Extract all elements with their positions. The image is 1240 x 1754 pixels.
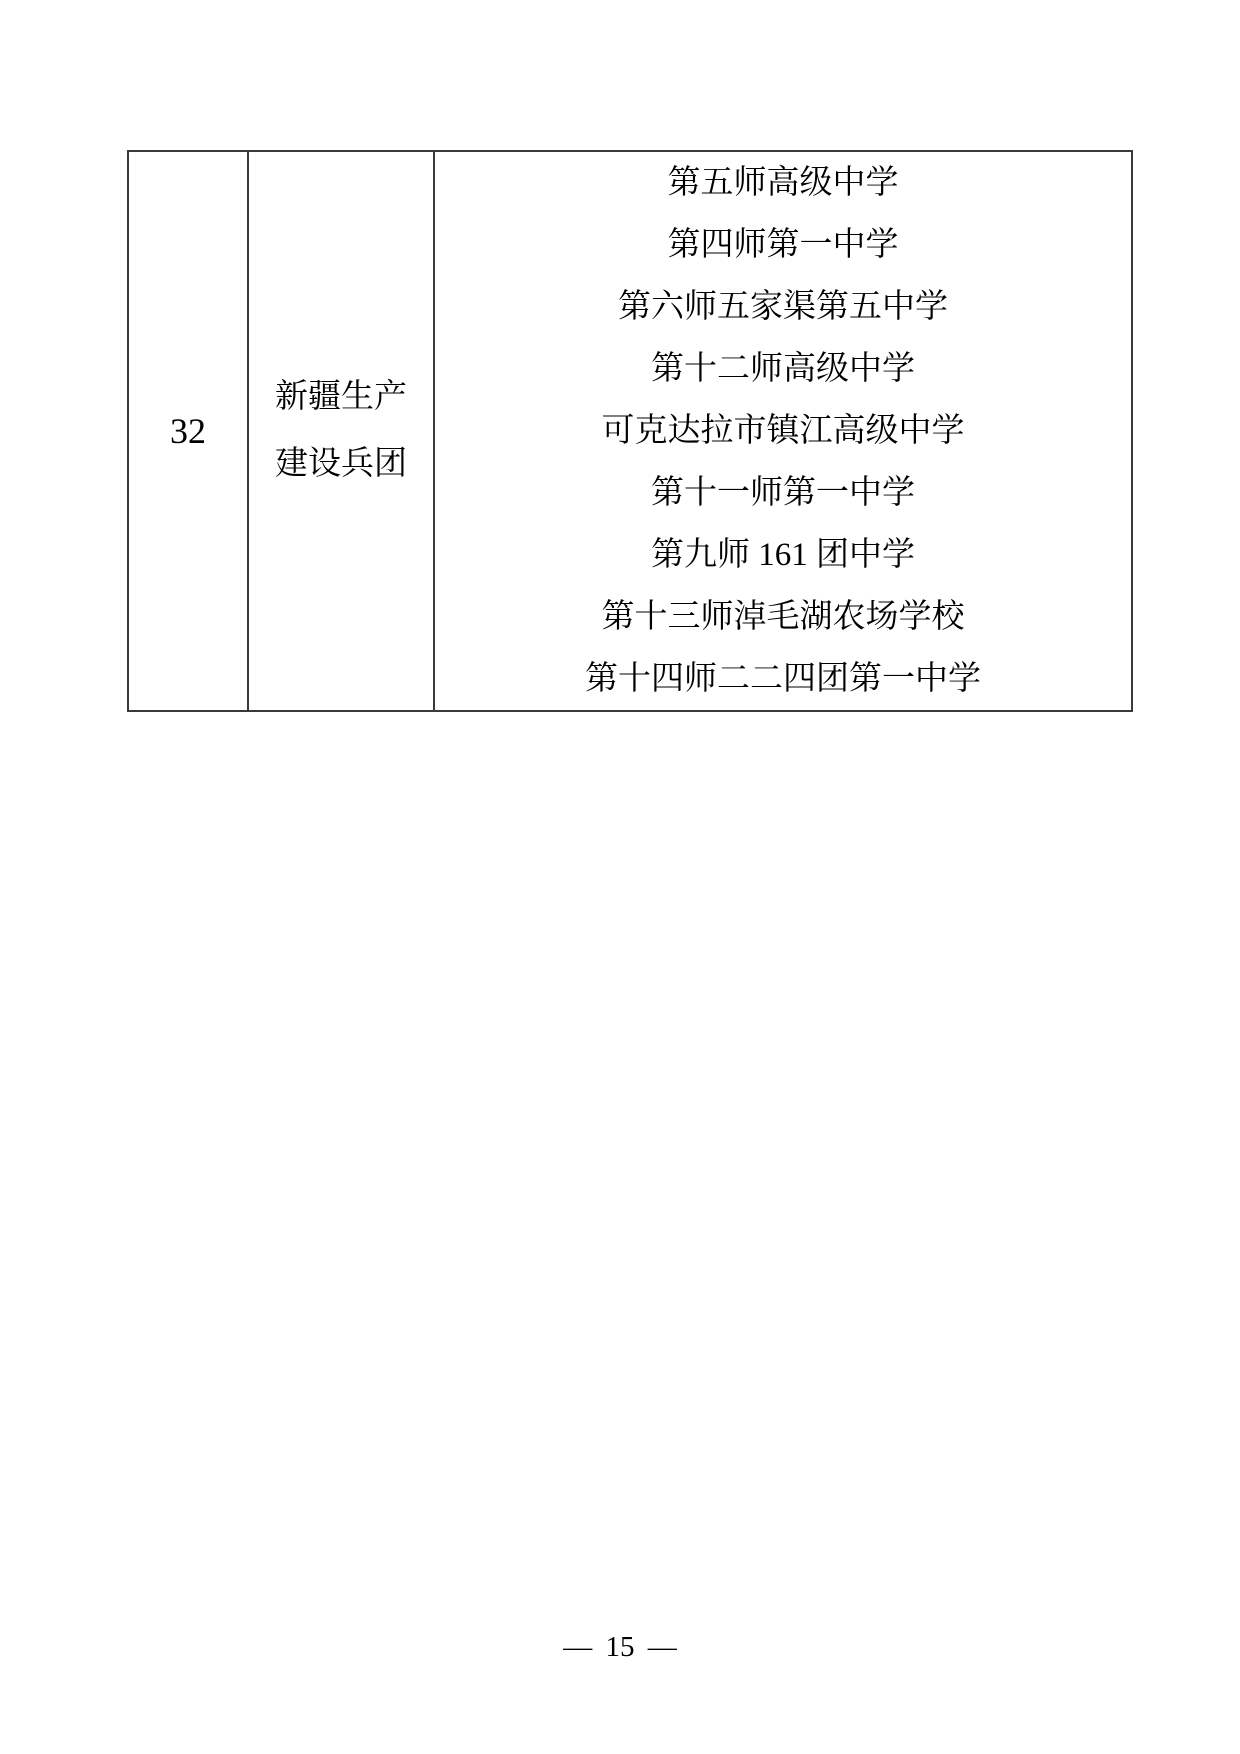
region-name-cell: 新疆生产 建设兵团 [249, 152, 435, 710]
school-item: 第五师高级中学 [435, 152, 1131, 214]
row-index-value: 32 [170, 410, 206, 452]
document-page: 32 新疆生产 建设兵团 第五师高级中学 第四师第一中学 第六师五家渠第五中学 … [0, 0, 1240, 1754]
school-item: 第十一师第一中学 [435, 462, 1131, 524]
region-name-line: 建设兵团 [275, 448, 407, 481]
school-item: 第十二师高级中学 [435, 338, 1131, 400]
school-item: 第四师第一中学 [435, 214, 1131, 276]
school-item: 可克达拉市镇江高级中学 [435, 400, 1131, 462]
row-index-cell: 32 [129, 152, 249, 710]
school-item: 第九师 161 团中学 [435, 524, 1131, 586]
page-number: — 15 — [0, 1630, 1240, 1664]
school-item: 第六师五家渠第五中学 [435, 276, 1131, 338]
schools-list-cell: 第五师高级中学 第四师第一中学 第六师五家渠第五中学 第十二师高级中学 可克达拉… [435, 152, 1131, 710]
school-item: 第十三师淖毛湖农场学校 [435, 586, 1131, 648]
region-schools-table: 32 新疆生产 建设兵团 第五师高级中学 第四师第一中学 第六师五家渠第五中学 … [127, 150, 1133, 712]
school-item: 第十四师二二四团第一中学 [435, 648, 1131, 710]
region-name-line: 新疆生产 [275, 381, 407, 414]
